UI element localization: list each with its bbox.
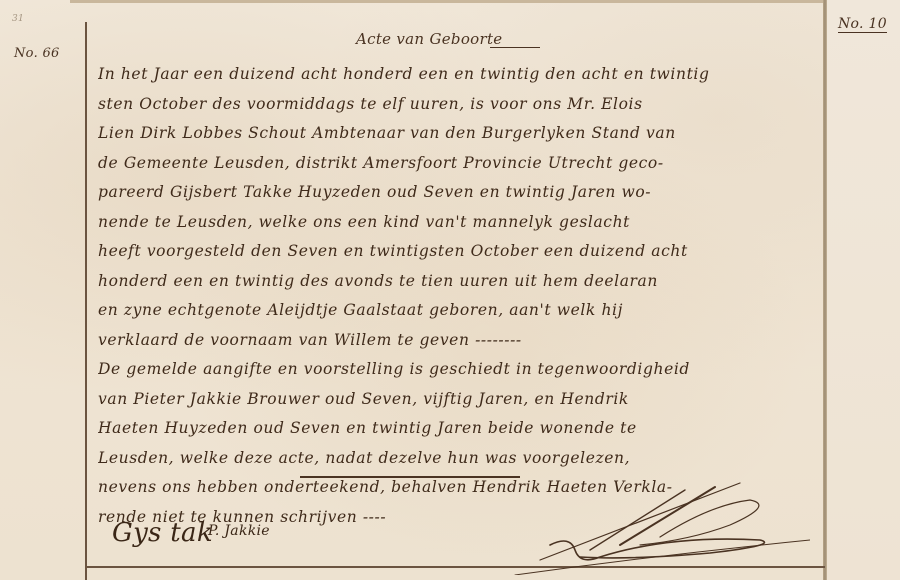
- body-line: nende te Leusden, welke ons een kind van…: [98, 208, 818, 238]
- margin-right-record-number: No. 10: [838, 16, 887, 33]
- left-margin-rule: [85, 22, 87, 580]
- document-title: Acte van Geboorte: [356, 30, 502, 48]
- facing-page: [827, 0, 900, 580]
- signature-declarant: Gys tak: [112, 518, 213, 548]
- body-line: De gemelde aangifte en voorstelling is g…: [98, 355, 818, 385]
- page-spine: [823, 0, 827, 580]
- official-signature-flourish: [510, 465, 810, 575]
- body-line: Lien Dirk Lobbes Schout Ambtenaar van de…: [98, 119, 818, 149]
- margin-left-record-number: No. 66: [14, 46, 60, 61]
- body-line: In het Jaar een duizend acht honderd een…: [98, 60, 818, 90]
- title-underline: [490, 47, 540, 48]
- body-line: honderd een en twintig des avonds te tie…: [98, 267, 818, 297]
- body-line: sten October des voormiddags te elf uure…: [98, 90, 818, 120]
- body-line: Haeten Huyzeden oud Seven en twintig Jar…: [98, 414, 818, 444]
- margin-left-small-number: 31: [12, 14, 24, 24]
- body-line: de Gemeente Leusden, distrikt Amersfoort…: [98, 149, 818, 179]
- body-line: heeft voorgesteld den Seven en twintigst…: [98, 237, 818, 267]
- body-line: en zyne echtgenote Aleijdtje Gaalstaat g…: [98, 296, 818, 326]
- closing-dash: [300, 476, 520, 478]
- body-line: verklaard de voornaam van Willem te geve…: [98, 326, 818, 356]
- record-body: In het Jaar een duizend acht honderd een…: [98, 60, 818, 532]
- signature-witness: P. Jakkie: [208, 523, 270, 539]
- body-line: van Pieter Jakkie Brouwer oud Seven, vij…: [98, 385, 818, 415]
- body-line: pareerd Gijsbert Takke Huyzeden oud Seve…: [98, 178, 818, 208]
- page-top-edge: [70, 0, 900, 3]
